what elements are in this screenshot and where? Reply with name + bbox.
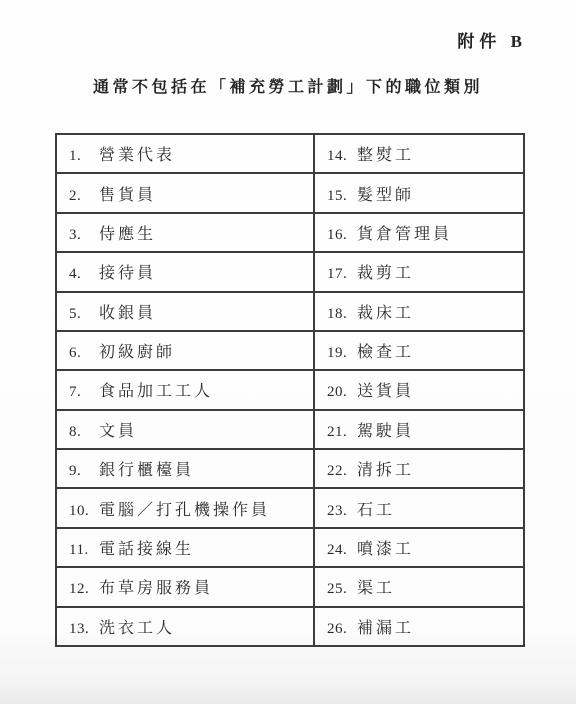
job-title: 送貨員 — [357, 383, 414, 400]
row-number: 4. — [69, 266, 99, 283]
left-cell: 13.洗衣工人 — [56, 607, 314, 647]
job-title: 髮型師 — [357, 187, 414, 204]
right-cell: 14.整熨工 — [314, 134, 524, 173]
row-number: 5. — [69, 306, 99, 323]
row-number: 17. — [327, 266, 357, 283]
row-number: 20. — [327, 384, 357, 401]
table-row: 10.電腦／打孔機操作員 23.石工 — [56, 488, 524, 527]
row-number: 25. — [327, 581, 357, 598]
left-cell: 10.電腦／打孔機操作員 — [56, 488, 314, 527]
job-table-body: 1.營業代表 14.整熨工 2.售貨員 15.髮型師 3.侍應生 16.貨倉管理… — [56, 134, 524, 646]
left-cell: 9.銀行櫃檯員 — [56, 449, 314, 488]
left-cell: 1.營業代表 — [56, 134, 314, 173]
row-number: 24. — [327, 542, 357, 559]
right-cell: 16.貨倉管理員 — [314, 213, 524, 252]
table-row: 9.銀行櫃檯員 22.清拆工 — [56, 449, 524, 488]
job-title: 收銀員 — [99, 305, 156, 322]
row-number: 22. — [327, 463, 357, 480]
row-number: 11. — [69, 542, 99, 559]
job-title: 初級廚師 — [99, 344, 175, 361]
table-row: 5.收銀員 18.裁床工 — [56, 292, 524, 331]
row-number: 7. — [69, 384, 99, 401]
table-row: 11.電話接線生 24.噴漆工 — [56, 528, 524, 567]
job-title: 貨倉管理員 — [357, 226, 452, 243]
row-number: 21. — [327, 424, 357, 441]
right-cell: 21.駕駛員 — [314, 410, 524, 449]
job-title: 駕駛員 — [357, 423, 414, 440]
job-title: 電話接線生 — [99, 541, 194, 558]
table-row: 8.文員 21.駕駛員 — [56, 410, 524, 449]
left-cell: 12.布草房服務員 — [56, 567, 314, 606]
row-number: 15. — [327, 188, 357, 205]
right-cell: 18.裁床工 — [314, 292, 524, 331]
job-title: 石工 — [357, 502, 395, 519]
job-title: 售貨員 — [99, 187, 156, 204]
table-row: 6.初級廚師 19.檢查工 — [56, 331, 524, 370]
row-number: 9. — [69, 463, 99, 480]
job-title: 整熨工 — [357, 147, 414, 164]
right-cell: 17.裁剪工 — [314, 252, 524, 291]
annex-label: 附件 B — [457, 27, 527, 52]
job-title: 洗衣工人 — [99, 620, 175, 637]
job-title: 食品加工工人 — [99, 383, 213, 400]
left-cell: 11.電話接線生 — [56, 528, 314, 567]
table-row: 2.售貨員 15.髮型師 — [56, 173, 524, 212]
row-number: 6. — [69, 345, 99, 362]
left-cell: 3.侍應生 — [56, 213, 314, 252]
row-number: 2. — [69, 188, 99, 205]
table-row: 7.食品加工工人 20.送貨員 — [56, 370, 524, 409]
row-number: 18. — [327, 306, 357, 323]
right-cell: 15.髮型師 — [314, 173, 524, 212]
left-cell: 7.食品加工工人 — [56, 370, 314, 409]
table-row: 4.接待員 17.裁剪工 — [56, 252, 524, 291]
left-cell: 8.文員 — [56, 410, 314, 449]
job-title: 銀行櫃檯員 — [99, 462, 194, 479]
left-cell: 2.售貨員 — [56, 173, 314, 212]
right-cell: 19.檢查工 — [314, 331, 524, 370]
job-title: 接待員 — [99, 265, 156, 282]
row-number: 12. — [69, 581, 99, 598]
row-number: 26. — [327, 621, 357, 638]
left-cell: 6.初級廚師 — [56, 331, 314, 370]
table-row: 13.洗衣工人 26.補漏工 — [56, 607, 524, 647]
table-row: 12.布草房服務員 25.渠工 — [56, 567, 524, 606]
row-number: 23. — [327, 503, 357, 520]
row-number: 8. — [69, 424, 99, 441]
row-number: 1. — [69, 148, 99, 165]
job-categories-table: 1.營業代表 14.整熨工 2.售貨員 15.髮型師 3.侍應生 16.貨倉管理… — [55, 133, 525, 647]
job-title: 電腦／打孔機操作員 — [99, 502, 270, 519]
left-cell: 5.收銀員 — [56, 292, 314, 331]
job-title: 裁剪工 — [357, 265, 414, 282]
job-title: 營業代表 — [99, 147, 175, 164]
document-page: 附件 B 通常不包括在「補充勞工計劃」下的職位類別 1.營業代表 14.整熨工 … — [0, 0, 576, 704]
table-row: 1.營業代表 14.整熨工 — [56, 134, 524, 173]
job-title: 文員 — [99, 423, 137, 440]
right-cell: 25.渠工 — [314, 567, 524, 606]
job-title: 裁床工 — [357, 305, 414, 322]
job-title: 渠工 — [357, 580, 395, 597]
row-number: 13. — [69, 621, 99, 638]
row-number: 14. — [327, 148, 357, 165]
job-title: 清拆工 — [357, 462, 414, 479]
row-number: 19. — [327, 345, 357, 362]
page-title: 通常不包括在「補充勞工計劃」下的職位類別 — [0, 74, 576, 97]
job-title: 補漏工 — [357, 620, 414, 637]
row-number: 16. — [327, 227, 357, 244]
job-title: 布草房服務員 — [99, 580, 213, 597]
row-number: 3. — [69, 227, 99, 244]
right-cell: 26.補漏工 — [314, 607, 524, 647]
table-row: 3.侍應生 16.貨倉管理員 — [56, 213, 524, 252]
right-cell: 22.清拆工 — [314, 449, 524, 488]
right-cell: 23.石工 — [314, 488, 524, 527]
left-cell: 4.接待員 — [56, 252, 314, 291]
right-cell: 20.送貨員 — [314, 370, 524, 409]
job-title: 檢查工 — [357, 344, 414, 361]
row-number: 10. — [69, 503, 99, 520]
job-title: 侍應生 — [99, 226, 156, 243]
job-title: 噴漆工 — [357, 541, 414, 558]
right-cell: 24.噴漆工 — [314, 528, 524, 567]
